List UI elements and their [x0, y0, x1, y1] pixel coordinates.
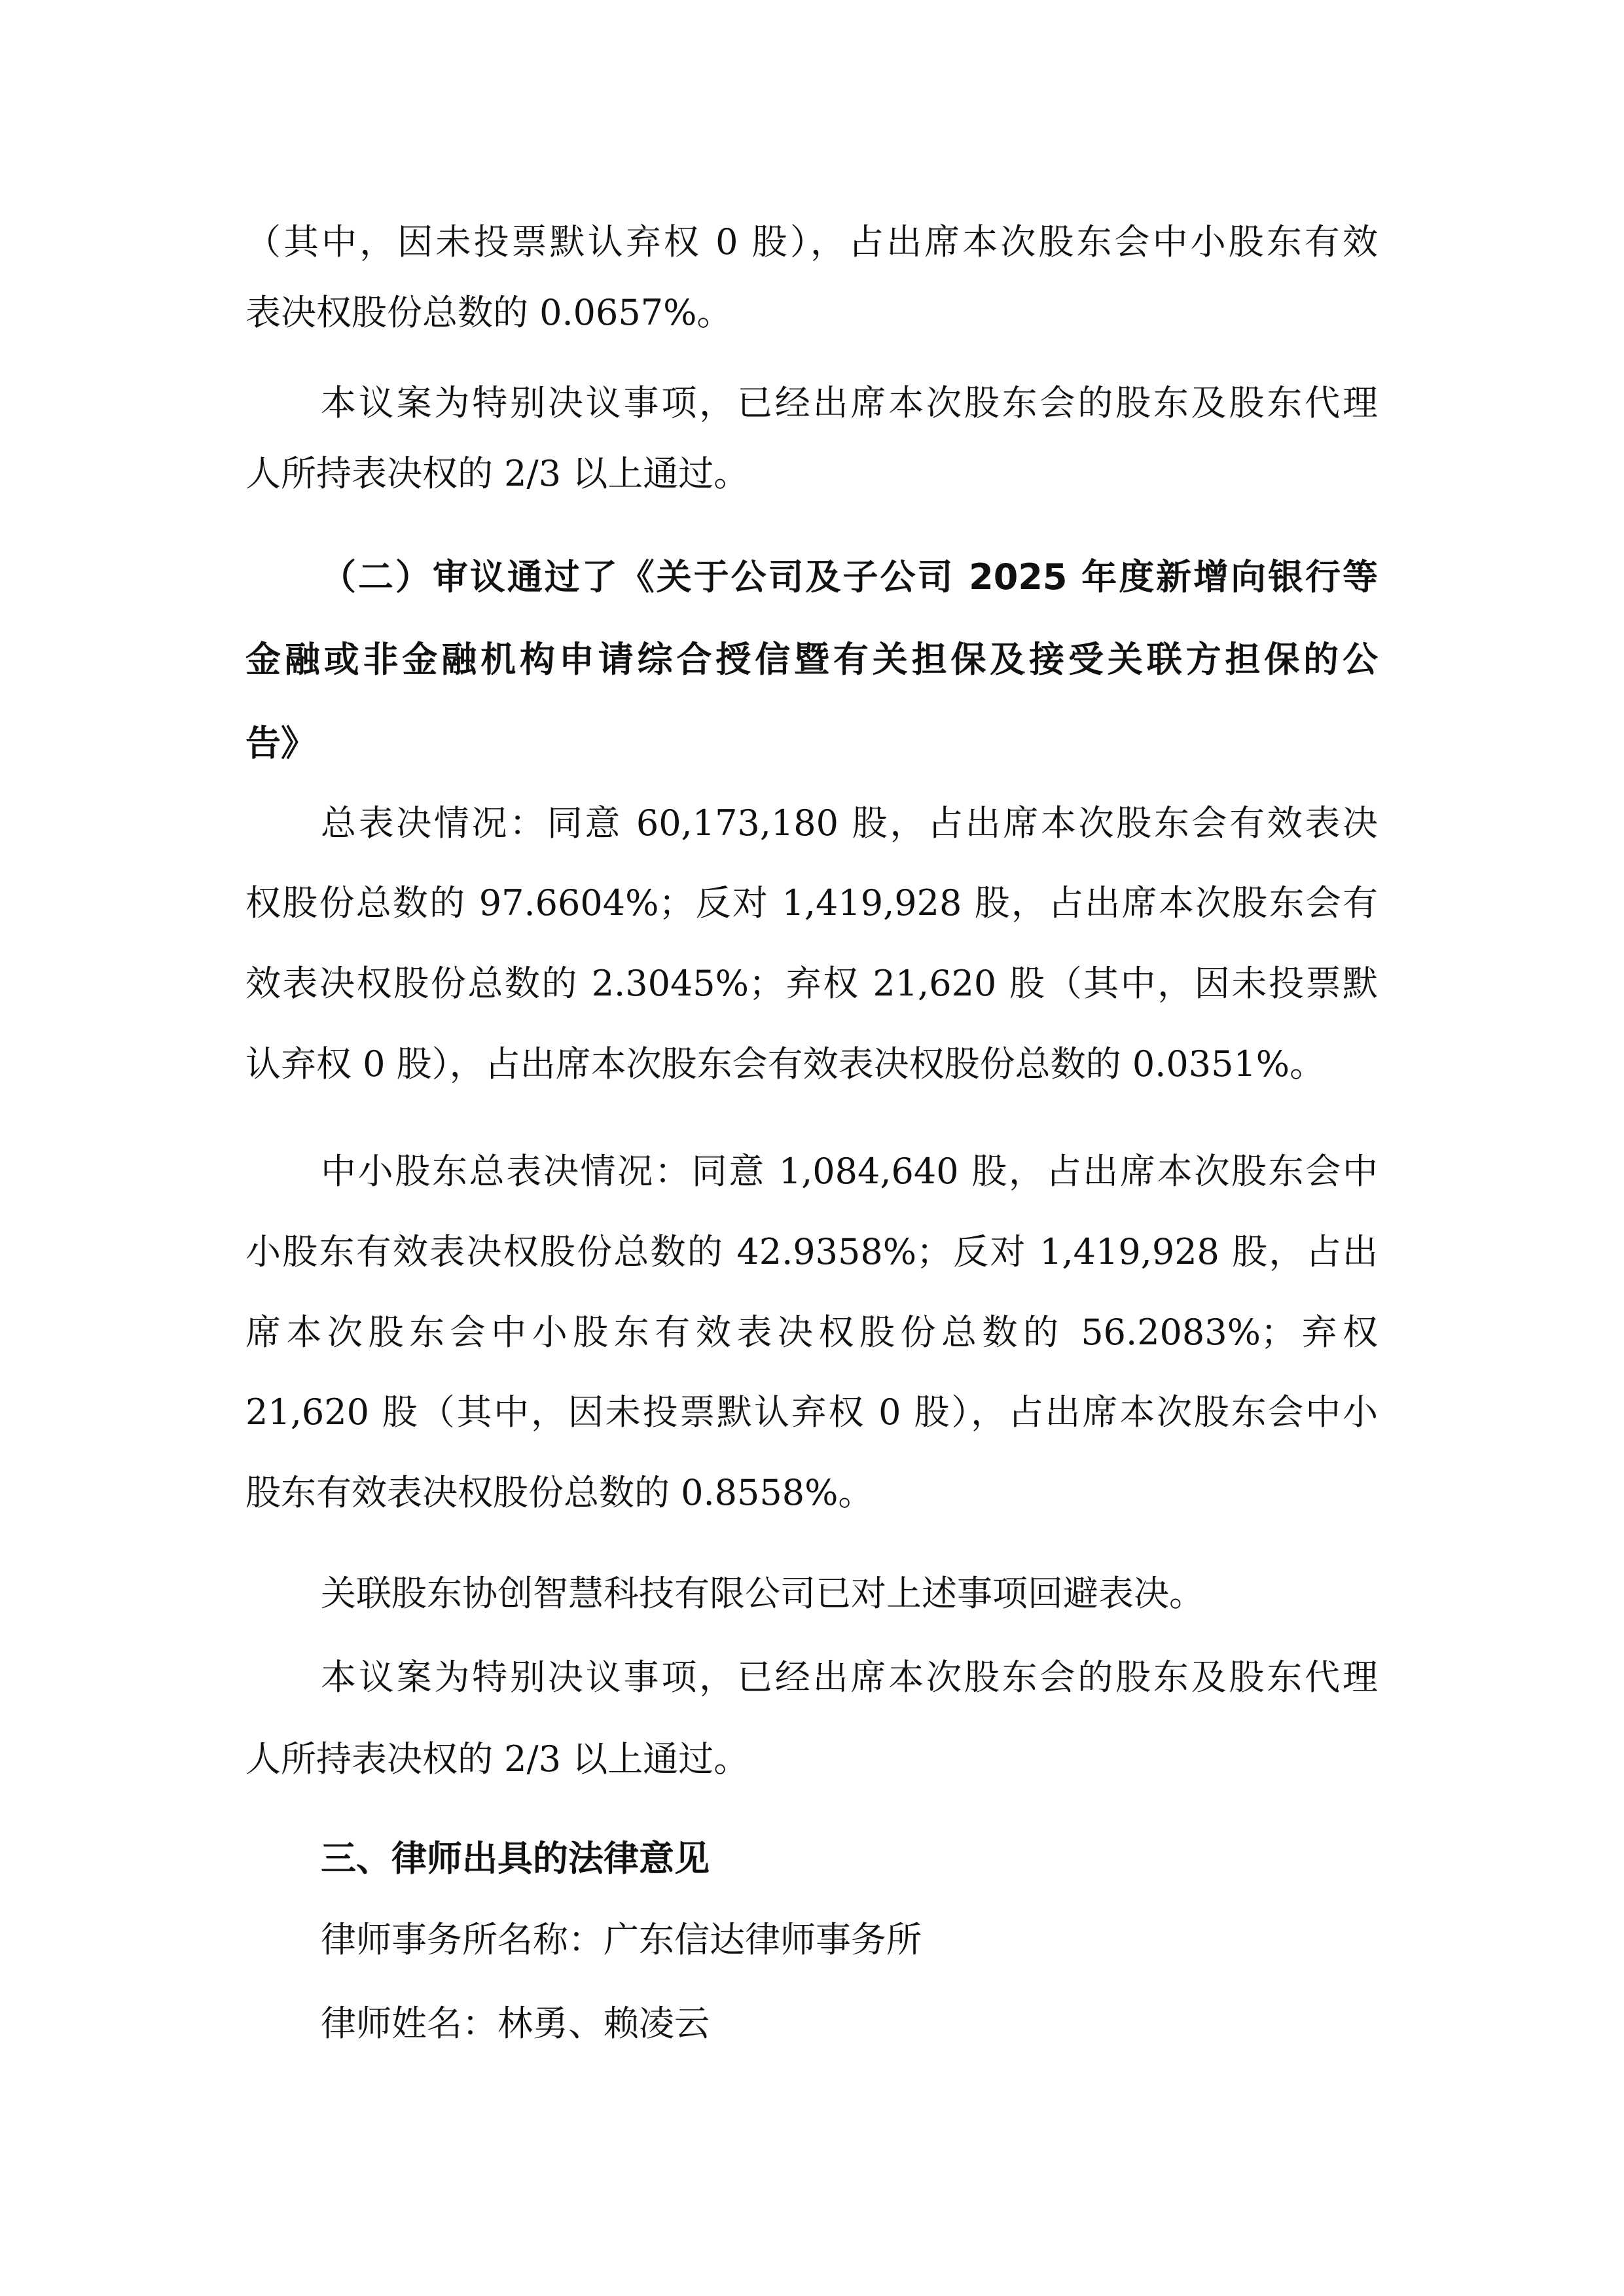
document-page: （其中，因未投票默认弃权 0 股），占出席本次股东会中小股东有效 表决权股份总数…	[0, 0, 1624, 2296]
lawyer-names-line: 律师姓名：林勇、赖凌云	[321, 1998, 1378, 2050]
paragraph-line: 本议案为特别决议事项，已经出席本次股东会的股东及股东代理	[321, 1651, 1378, 1704]
paragraph-line: 权股份总数的 97.6604%；反对 1,419,928 股，占出席本次股东会有	[245, 877, 1378, 929]
paragraph-line: 席本次股东会中小股东有效表决权股份总数的 56.2083%；弃权	[245, 1306, 1378, 1359]
paragraph-line: 人所持表决权的 2/3 以上通过。	[245, 448, 1378, 500]
paragraph-line: 人所持表决权的 2/3 以上通过。	[245, 1733, 1378, 1785]
paragraph-line: 股东有效表决权股份总数的 0.8558%。	[245, 1467, 1378, 1519]
paragraph-line: 本议案为特别决议事项，已经出席本次股东会的股东及股东代理	[321, 377, 1378, 429]
section-heading: 三、律师出具的法律意见	[321, 1833, 1378, 1885]
resolution-title-line: 告》	[245, 717, 1378, 770]
paragraph-line: 表决权股份总数的 0.0657%。	[245, 287, 1378, 339]
resolution-title-line: 金融或非金融机构申请综合授信暨有关担保及接受关联方担保的公	[245, 634, 1378, 686]
resolution-title-line: （二）审议通过了《关于公司及子公司 2025 年度新增向银行等	[321, 551, 1378, 603]
paragraph-line: 关联股东协创智慧科技有限公司已对上述事项回避表决。	[321, 1568, 1378, 1620]
paragraph-line: 认弃权 0 股），占出席本次股东会有效表决权股份总数的 0.0351%。	[245, 1038, 1378, 1090]
paragraph-line: 21,620 股（其中，因未投票默认弃权 0 股），占出席本次股东会中小	[245, 1386, 1378, 1439]
paragraph-line: 小股东有效表决权股份总数的 42.9358%；反对 1,419,928 股，占出	[245, 1226, 1378, 1278]
law-firm-line: 律师事务所名称：广东信达律师事务所	[321, 1914, 1378, 1966]
paragraph-line: 总表决情况：同意 60,173,180 股，占出席本次股东会有效表决	[321, 797, 1378, 850]
paragraph-line: （其中，因未投票默认弃权 0 股），占出席本次股东会中小股东有效	[245, 216, 1378, 268]
paragraph-line: 效表决权股份总数的 2.3045%；弃权 21,620 股（其中，因未投票默	[245, 958, 1378, 1010]
paragraph-line: 中小股东总表决情况：同意 1,084,640 股，占出席本次股东会中	[321, 1145, 1378, 1198]
